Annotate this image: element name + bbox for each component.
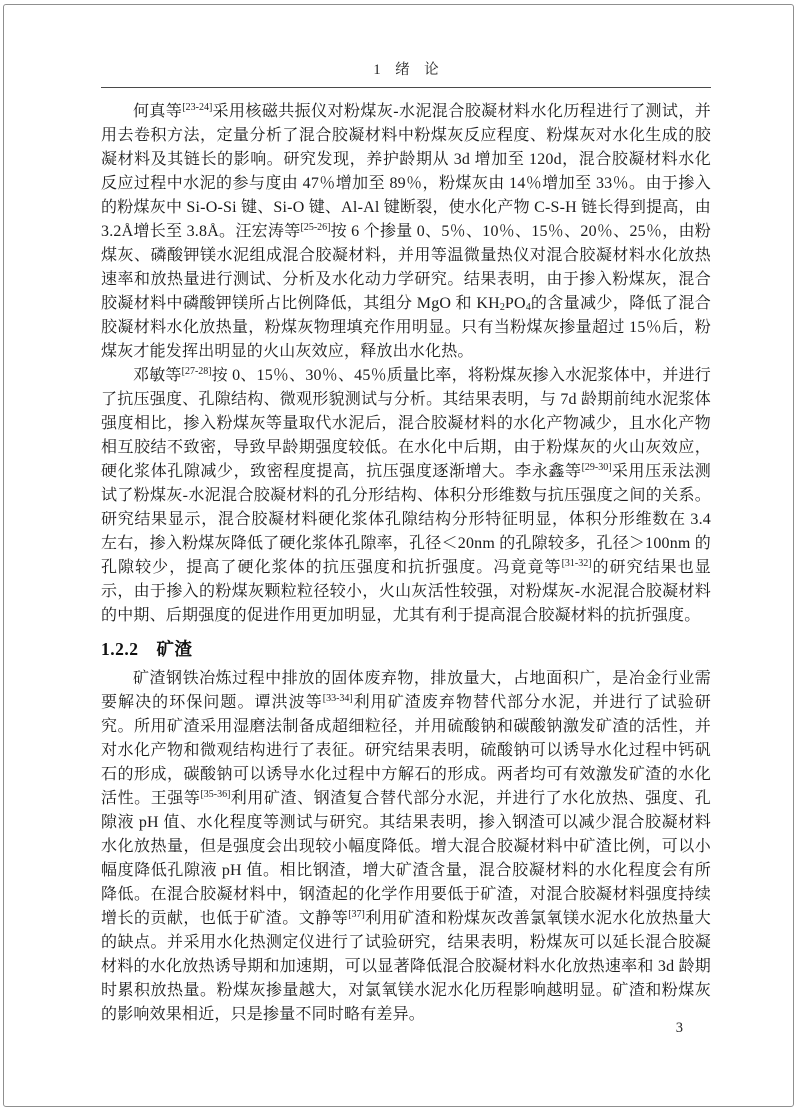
chemical-subscript: 2 [500,302,505,313]
page-content: 1 绪 论 何真等[23-24]采用核磁共振仪对粉煤灰-水泥混合胶凝材料水化历程… [101,0,711,1027]
paragraph: 矿渣钢铁冶炼过程中排放的固体废弃物，排放量大，占地面积广，是冶金行业需要解决的环… [101,667,711,1027]
page-number: 3 [101,1020,711,1037]
citation-superscript: [37] [348,909,365,920]
paragraph: 邓敏等[27-28]按 0、15％、30％、45％质量比率，将粉煤灰掺入水泥浆体… [101,364,711,628]
section-heading: 1.2.2 矿渣 [101,636,711,661]
chapter-title: 1 绪 论 [373,62,438,78]
paragraph: 何真等[23-24]采用核磁共振仪对粉煤灰-水泥混合胶凝材料水化历程进行了测试，… [101,100,711,364]
header-rule [101,87,711,88]
body-blocks: 何真等[23-24]采用核磁共振仪对粉煤灰-水泥混合胶凝材料水化历程进行了测试，… [101,100,711,1027]
citation-superscript: [27-28] [182,366,212,377]
running-header: 1 绪 论 [101,60,711,80]
citation-superscript: [31-32] [562,558,592,569]
citation-superscript: [33-34] [323,693,353,704]
citation-superscript: [25-26] [301,222,331,233]
citation-superscript: [35-36] [200,789,230,800]
page-number-value: 3 [676,1020,683,1036]
citation-superscript: [29-30] [582,462,612,473]
citation-superscript: [23-24] [182,102,212,113]
chemical-subscript: 4 [526,302,531,313]
